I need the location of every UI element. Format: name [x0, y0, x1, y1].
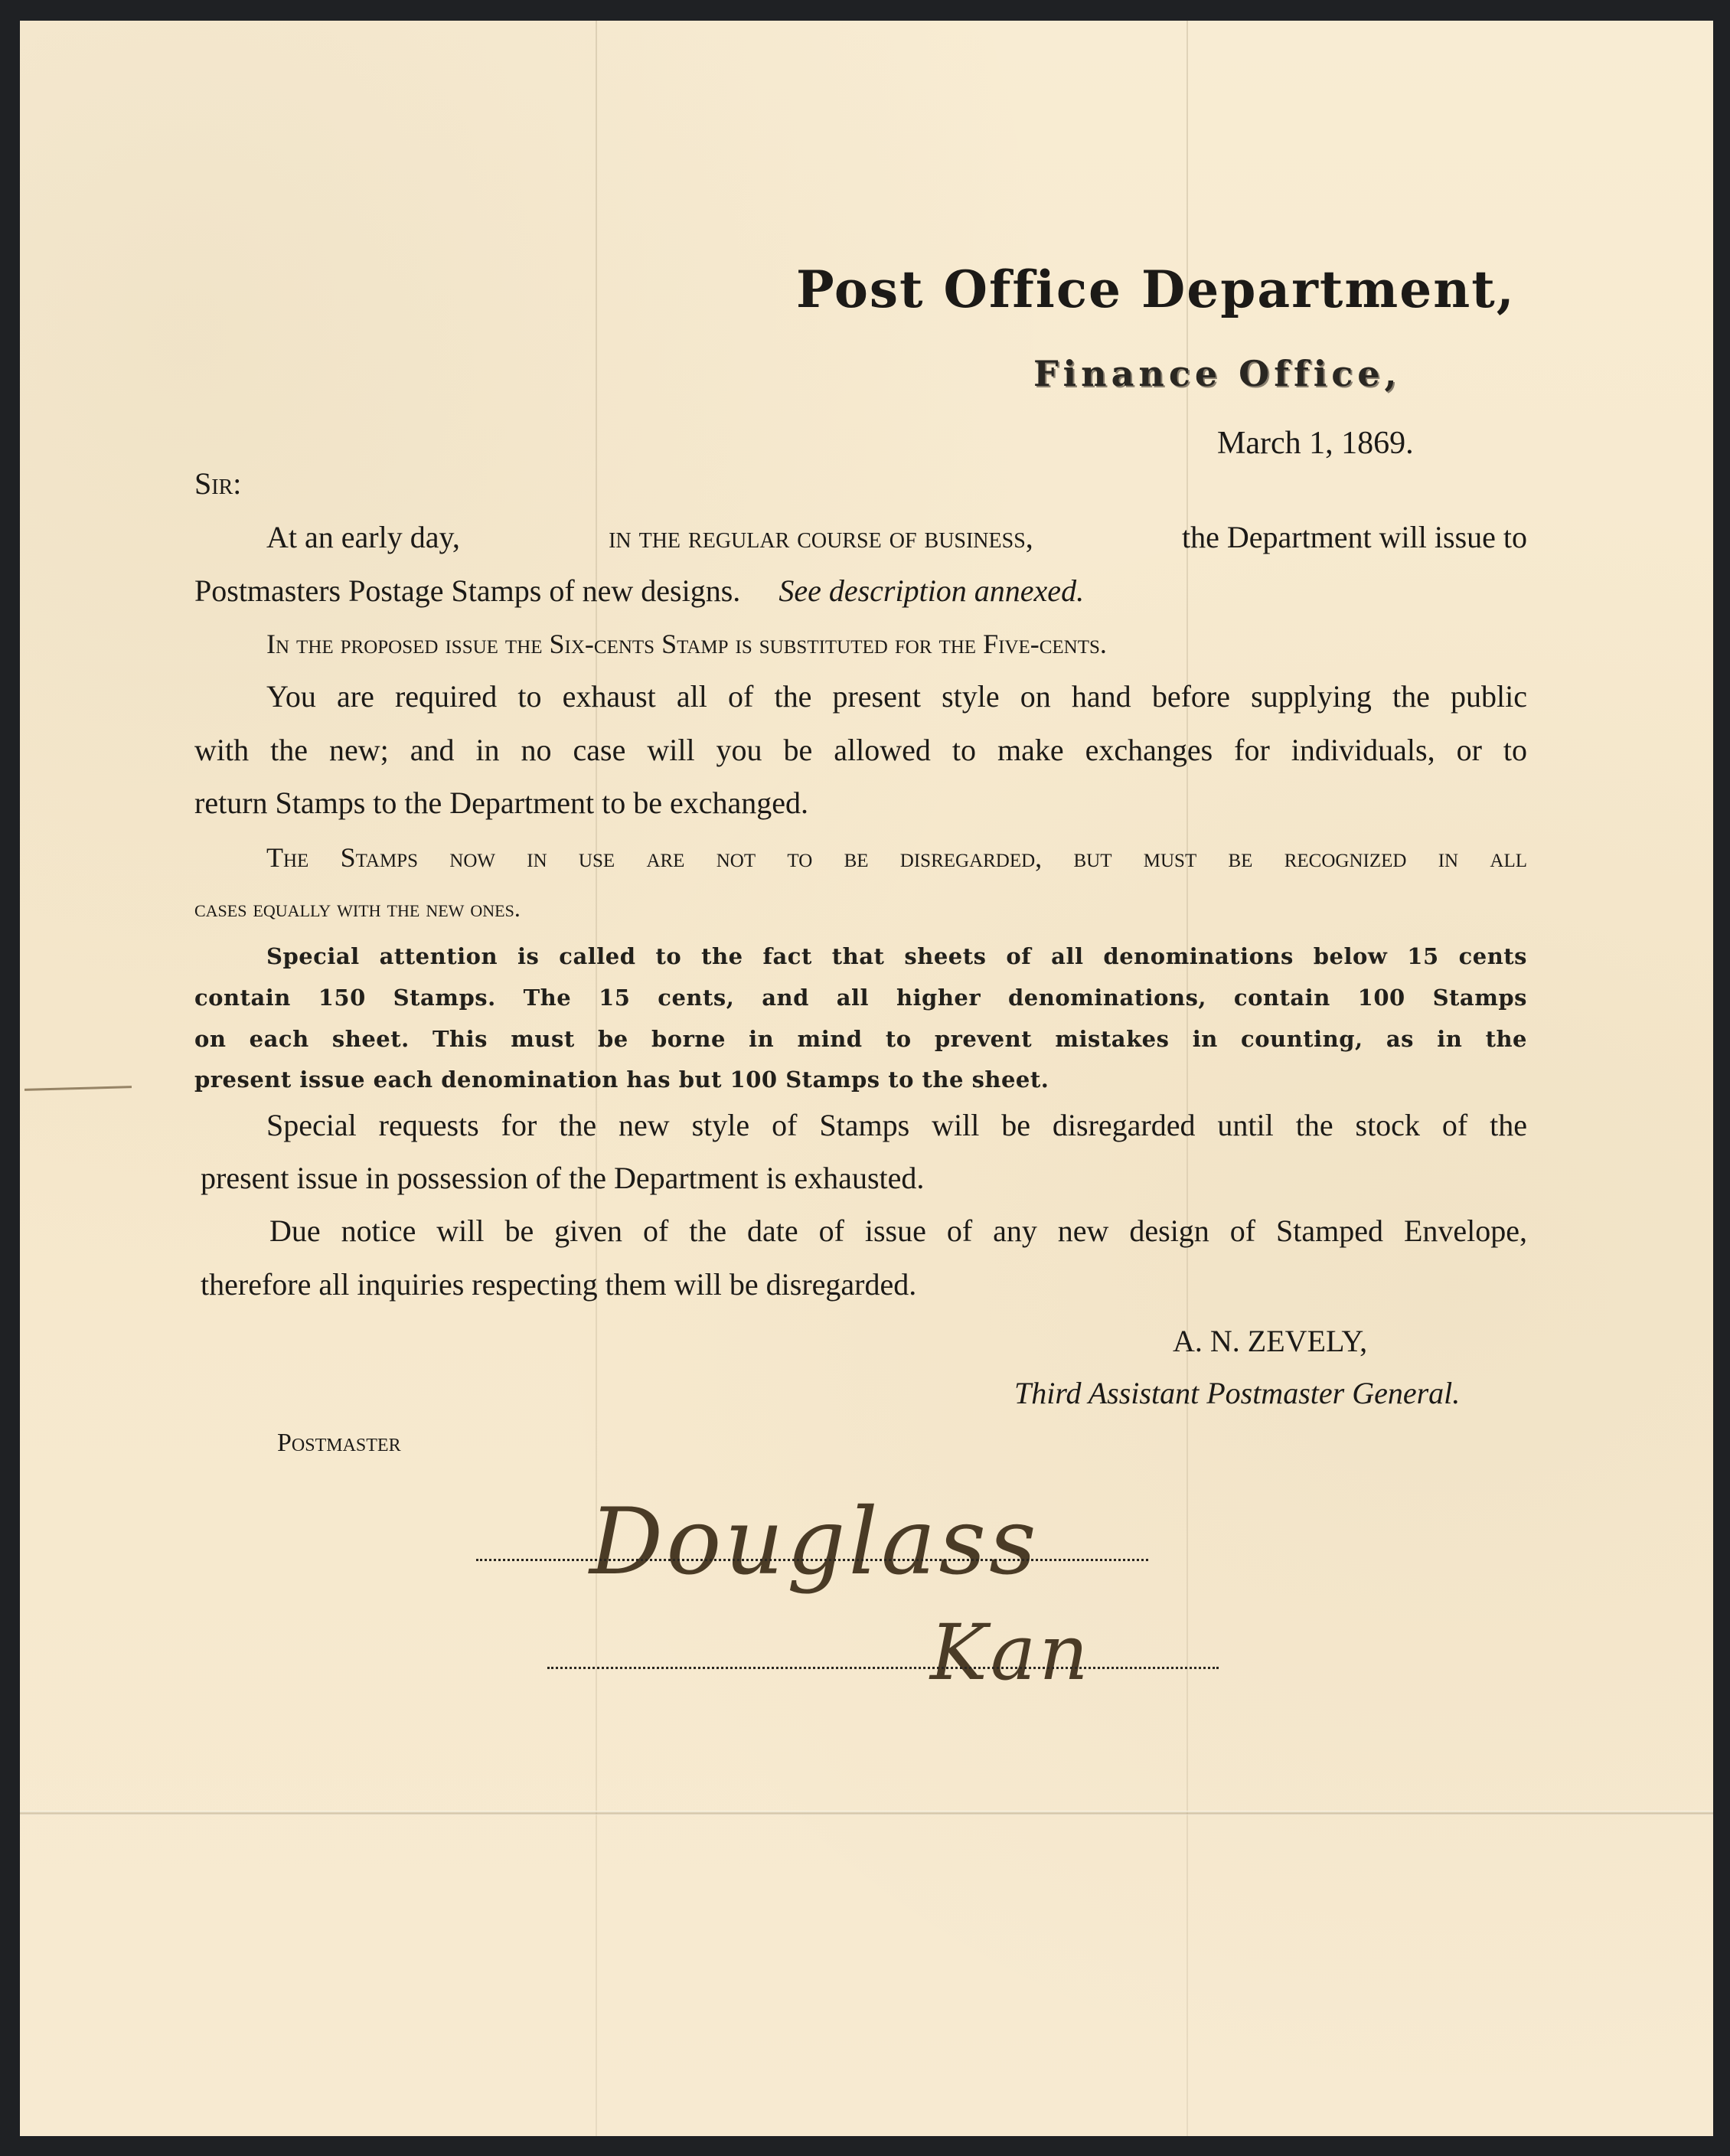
paragraph-3-line-3: return Stamps to the Department to be ex… [194, 788, 808, 818]
paragraph-5-line-3: on each sheet. This must be borne in min… [194, 1028, 1527, 1050]
paragraph-3-line-2: with the new; and in no case will you be… [194, 735, 1527, 766]
salutation: Sir: [194, 469, 241, 499]
letterhead-subtitle: Finance Office, [1033, 356, 1402, 391]
postmaster-label: Postmaster [277, 1430, 401, 1456]
paragraph-4-line-1: The Stamps now in use are not to be disr… [266, 844, 1527, 871]
vertical-fold-right [1187, 21, 1188, 2136]
paragraph-7-line-2: therefore all inquiries respecting them … [201, 1269, 916, 1300]
p1-smallcaps: in the regular course of business, [609, 522, 1033, 553]
handwritten-town: Douglass [589, 1489, 1040, 1596]
edge-tear [24, 1086, 132, 1091]
paragraph-1-line-2: Postmasters Postage Stamps of new design… [194, 576, 1084, 606]
paragraph-2: In the proposed issue the Six-cents Stam… [266, 630, 1107, 658]
paragraph-5-line-1: Special attention is called to the fact … [266, 946, 1527, 968]
paragraph-6-line-1: Special requests for the new style of St… [266, 1110, 1527, 1141]
letter-date: March 1, 1869. [1217, 427, 1414, 459]
paragraph-3-line-1: You are required to exhaust all of the p… [266, 681, 1527, 712]
paragraph-6-line-2: present issue in possession of the Depar… [201, 1163, 924, 1194]
p1-line2-text: Postmasters Postage Stamps of new design… [194, 573, 740, 608]
signatory-title: Third Assistant Postmaster General. [1014, 1378, 1460, 1409]
paragraph-7-line-1: Due notice will be given of the date of … [269, 1216, 1527, 1246]
handwritten-state: Kan [930, 1608, 1092, 1697]
signatory-name: A. N. ZEVELY, [1173, 1326, 1367, 1357]
paragraph-5-line-4: present issue each denomination has but … [194, 1069, 1049, 1091]
p1-text-a: At an early day, [266, 522, 460, 553]
p1-text-b: the Department will issue to [1182, 522, 1527, 553]
paragraph-4-line-2: cases equally with the new ones. [194, 896, 521, 920]
paragraph-5-line-2: contain 150 Stamps. The 15 cents, and al… [194, 987, 1527, 1009]
p1-annex-note: See description annexed. [778, 573, 1084, 608]
state-dotted-line [547, 1667, 1219, 1669]
paragraph-1-line-1: At an early day, in the regular course o… [266, 522, 1527, 553]
town-dotted-line [476, 1559, 1148, 1561]
letterhead-title: Post Office Department, [796, 264, 1516, 315]
horizontal-fold [20, 1811, 1713, 1815]
